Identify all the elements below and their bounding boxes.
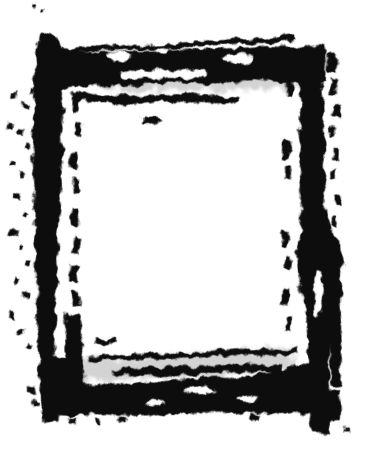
right-outer-dash [331,216,337,226]
ink-speckle [21,293,28,299]
right-inner-dash [285,317,292,331]
left-inner-dash [70,207,79,227]
right-inner-dash [283,140,290,159]
ink-speckle [9,311,15,318]
right-outer-dash [330,80,337,96]
ink-speckle [17,129,24,135]
right-inner-dash [281,230,289,247]
left-inner-dash [73,238,81,254]
right-outer-line [330,263,342,388]
ink-speckle [11,92,18,100]
right-inner-dash [282,288,290,304]
ink-speckle [19,171,25,179]
right-outer-dash [330,170,336,180]
ink-speckle [33,4,36,8]
right-outer-foot [321,390,341,422]
right-inner-dash [285,166,291,180]
ink-speckle [17,329,24,336]
right-outer-dash [327,52,336,73]
ink-speckle [26,343,32,349]
right-outer-dash [329,126,335,137]
grunge-frame-image [0,0,366,450]
bottom-drip [69,417,78,424]
ink-speckle [11,159,18,165]
bottom-drip [249,414,259,420]
right-outer-dash [332,104,340,118]
right-outer-dash [333,148,340,161]
grunge-frame-svg [0,0,366,450]
left-inner-dash [72,292,80,308]
right-inner-dash [286,74,293,97]
left-inner-dash [74,122,82,135]
ink-speckle [21,101,27,107]
left-inner-dash [72,96,81,112]
ink-speckle [25,259,32,266]
ink-speckle [24,144,30,151]
ink-speckle [32,399,38,405]
ink-speckle [28,386,35,394]
ink-speckle [40,9,43,12]
right-outer-dash [334,195,341,206]
left-inner-dash [72,180,80,194]
bottom-drip [95,419,101,426]
left-inner-dash [69,264,78,282]
ink-speckle [13,276,19,284]
bottom-drip [117,416,128,422]
ink-speckle [23,211,29,217]
ink-speckle [7,121,13,130]
ink-speckle [344,427,348,431]
right-inner-dash [284,256,291,270]
ink-speckle [18,244,24,250]
left-inner-dash [69,152,78,170]
ink-speckle [14,193,21,200]
ink-speckle [10,229,17,237]
